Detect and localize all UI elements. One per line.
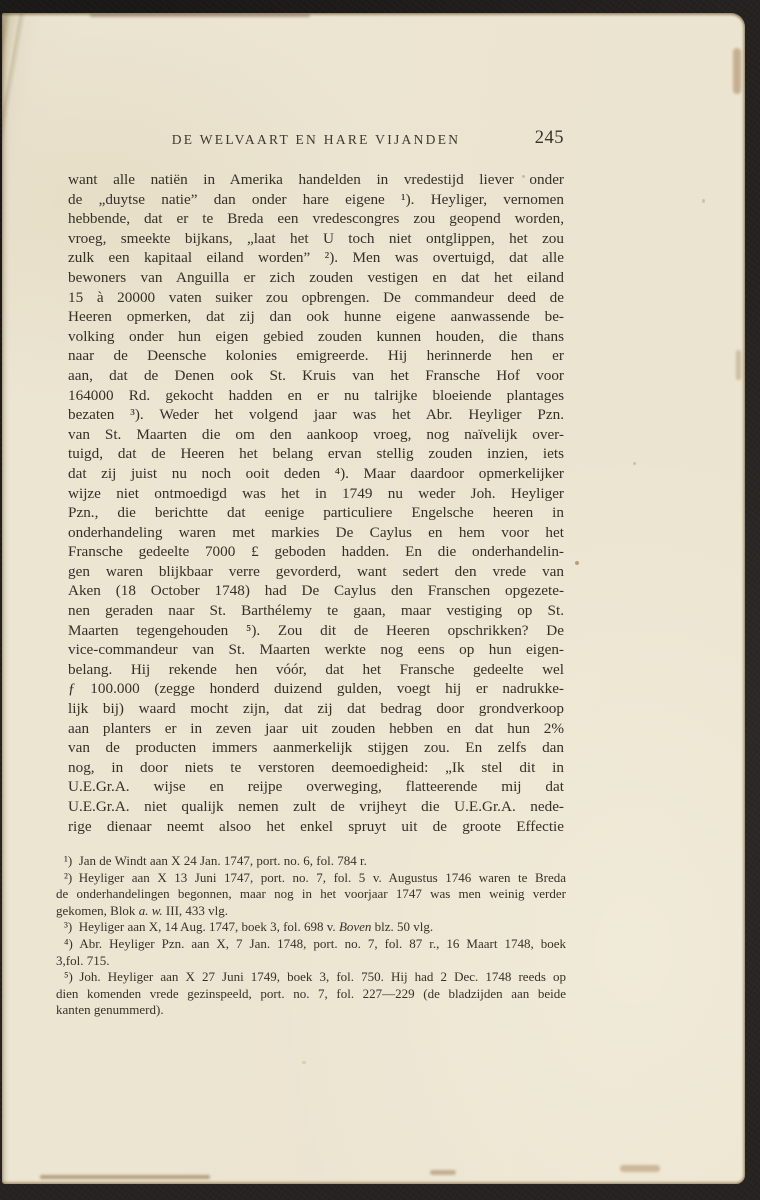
body-text-line: belang. Hij rekende hen vóór, dat het Fr… (68, 660, 564, 680)
body-text-block: want alle natiën in Amerika handelden in… (68, 170, 564, 836)
body-text-line: Pzn., die berichtte dat eenige particuli… (68, 503, 564, 523)
footnote-line: de onderhandelingen begonnen, maar nog i… (56, 886, 566, 903)
body-text-line: wijze niet ontmoedigd was het in 1749 nu… (68, 484, 564, 504)
body-text-line: gen waren blijkbaar verre gevorderd, wan… (68, 562, 564, 582)
footnote-text: de onderhandelingen begonnen, maar nog i… (56, 886, 566, 901)
footnote-line: 3,fol. 715. (56, 953, 566, 970)
footnote-text: blz. 50 vlg. (371, 919, 433, 934)
footnote-text: gekomen, Blok (56, 903, 139, 918)
body-text-line: U.E.Gr.A. niet qualijk nemen zult de vri… (68, 797, 564, 817)
footnotes-block: ¹) Jan de Windt aan X 24 Jan. 1747, port… (56, 853, 566, 1019)
body-text-line: 164000 Rd. gekocht hadden en er nu talri… (68, 386, 564, 406)
body-text-line: dat zij juist nu noch ooit deden ⁴). Maa… (68, 464, 564, 484)
body-text-line: rige dienaar neemt alsoo het enkel spruy… (68, 817, 564, 837)
body-text-line: volking onder hun eigen gebied zouden ku… (68, 327, 564, 347)
body-text-line: Heeren opmerken, dat zij dan ook hunne e… (68, 307, 564, 327)
body-text-line: vroeg, smeekte bijkans, „laat het U toch… (68, 229, 564, 249)
body-text-line: ƒ 100.000 (zegge honderd duizend gulden,… (68, 679, 564, 699)
footnote-line: ⁴) Abr. Heyliger Pzn. aan X, 7 Jan. 1748… (56, 936, 566, 953)
paper-stain (575, 561, 579, 565)
body-text-line: Aken (18 October 1748) had De Caylus den… (68, 581, 564, 601)
footnote-text: ³) Heyliger aan X, 14 Aug. 1747, boek 3,… (64, 919, 339, 934)
body-text-line: bewoners van Anguilla er zich zouden ves… (68, 268, 564, 288)
footnote-text: 3,fol. 715. (56, 953, 109, 968)
paper-stain (302, 1061, 306, 1064)
body-text-line: van St. Maarten die om den aankoop vroeg… (68, 425, 564, 445)
footnote-text: ¹) Jan de Windt aan X 24 Jan. 1747, port… (64, 853, 367, 868)
body-text-line: U.E.Gr.A. wijse en reijpe overweging, fl… (68, 777, 564, 797)
body-text-line: want alle natiën in Amerika handelden in… (68, 170, 564, 190)
footnote-line: kanten genummerd). (56, 1002, 566, 1019)
footnote-line: ¹) Jan de Windt aan X 24 Jan. 1747, port… (56, 853, 566, 870)
paper-stain (633, 462, 636, 465)
footnote-line: dien komenden vrede gezinspeeld, port. n… (56, 986, 566, 1003)
footnote-text: ⁵) Joh. Heyliger aan X 27 Juni 1749, boe… (64, 969, 566, 984)
page-number: 245 (535, 128, 564, 149)
footnote-line: ⁵) Joh. Heyliger aan X 27 Juni 1749, boe… (56, 969, 566, 986)
paper-stain (522, 175, 525, 178)
page-edge-stain (40, 1175, 210, 1179)
footnote-line: ²) Heyliger aan X 13 Juni 1747, port. no… (56, 870, 566, 887)
book-page: DE WELVAART EN HARE VIJANDEN 245 want al… (2, 13, 745, 1184)
page-edge-stain (90, 14, 310, 17)
body-text-line: Fransche gedeelte 7000 £ geboden hadden.… (68, 542, 564, 562)
body-text-line: bezaten ³). Weder het volgend jaar was h… (68, 405, 564, 425)
footnote-text: ²) Heyliger aan X 13 Juni 1747, port. no… (64, 870, 566, 885)
body-text-line: nen geraden naar St. Barthélemy te gaan,… (68, 601, 564, 621)
page-edge-stain (430, 1170, 456, 1175)
body-text-line: van de producten immers aanmerkelijk sti… (68, 738, 564, 758)
footnote-italic-text: a. w. (139, 903, 163, 918)
body-text-line: Maarten tegengehouden ⁵). Zou dit de Hee… (68, 621, 564, 641)
body-text-line: naar de Deensche kolonies emigreerde. Hi… (68, 346, 564, 366)
footnote-text: ⁴) Abr. Heyliger Pzn. aan X, 7 Jan. 1748… (64, 936, 566, 951)
paper-stain (702, 199, 705, 203)
body-text-line: vice-commandeur van St. Maarten werkte n… (68, 640, 564, 660)
body-text-line: onderhandeling waren met markies De Cayl… (68, 523, 564, 543)
footnote-line: ³) Heyliger aan X, 14 Aug. 1747, boek 3,… (56, 919, 566, 936)
scanned-book-photo: { "colors": { "paper": "#ece5d2", "backg… (0, 0, 760, 1200)
body-text-line: hebbende, dat er te Breda een vredescong… (68, 209, 564, 229)
page-edge-stain (733, 48, 741, 94)
footnote-text: dien komenden vrede gezinspeeld, port. n… (56, 986, 566, 1001)
body-text-line: aan, dat de Denen ook St. Kruis van het … (68, 366, 564, 386)
footnote-line: gekomen, Blok a. w. III, 433 vlg. (56, 903, 566, 920)
body-text-line: tuigd, dat de Heeren het belang ervan st… (68, 444, 564, 464)
page-edge-stain (736, 350, 741, 380)
footnote-text: III, 433 vlg. (163, 903, 228, 918)
footnote-italic-text: Boven (339, 919, 371, 934)
body-text-line: nog, in door niets te verstoren deemoedi… (68, 758, 564, 778)
body-text-line: lijk bij) waard mocht zijn, dat zij dat … (68, 699, 564, 719)
body-text-line: de „duytse natie” dan onder hare eigene … (68, 190, 564, 210)
body-text-line: zulk een kapitaal eiland worden” ²). Men… (68, 248, 564, 268)
running-head-title: DE WELVAART EN HARE VIJANDEN (68, 128, 564, 148)
footnote-text: kanten genummerd). (56, 1002, 164, 1017)
page-edge-stain (620, 1165, 660, 1172)
body-text-line: aan planters er in zeven jaar uit zouden… (68, 719, 564, 739)
page-header-row: DE WELVAART EN HARE VIJANDEN 245 (68, 128, 564, 152)
body-text-line: 15 à 20000 vaten suiker zou opbrengen. D… (68, 288, 564, 308)
